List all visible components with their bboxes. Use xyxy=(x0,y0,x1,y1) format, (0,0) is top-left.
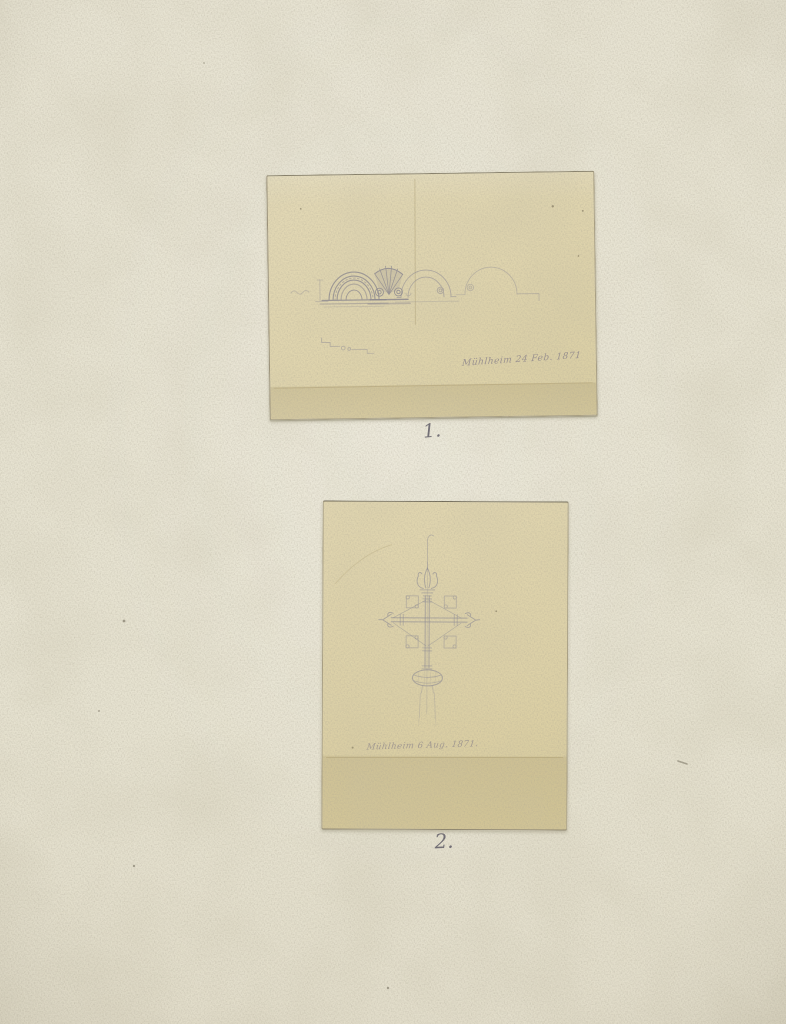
drawing-2-label: 2. xyxy=(429,828,460,853)
arrow-terminal-right xyxy=(465,613,480,628)
arrow-terminal-left xyxy=(379,612,394,627)
finial-axis-line xyxy=(427,562,428,714)
drawing-2-paper: Mühlheim 6 Aug. 1871. xyxy=(321,500,568,830)
arch-ornament-2 xyxy=(395,270,459,302)
faint-left-marks xyxy=(291,279,328,302)
finial-top-rod xyxy=(427,535,433,570)
paper-crease-lines xyxy=(327,544,564,758)
album-page: Mühlheim 24 Feb. 1871 1. xyxy=(0,0,786,1024)
orb-base xyxy=(412,670,442,686)
drawing-1-label: 1. xyxy=(417,419,447,443)
drawing-1-paper: Mühlheim 24 Feb. 1871 xyxy=(266,171,597,421)
drawing-2-sketch xyxy=(322,501,567,829)
paper-specks xyxy=(300,204,584,261)
arch-ornament-3 xyxy=(456,267,539,302)
molding-profile-sketch xyxy=(322,337,374,354)
lower-shaft xyxy=(419,686,437,726)
drawing-1-sketch xyxy=(267,172,596,420)
